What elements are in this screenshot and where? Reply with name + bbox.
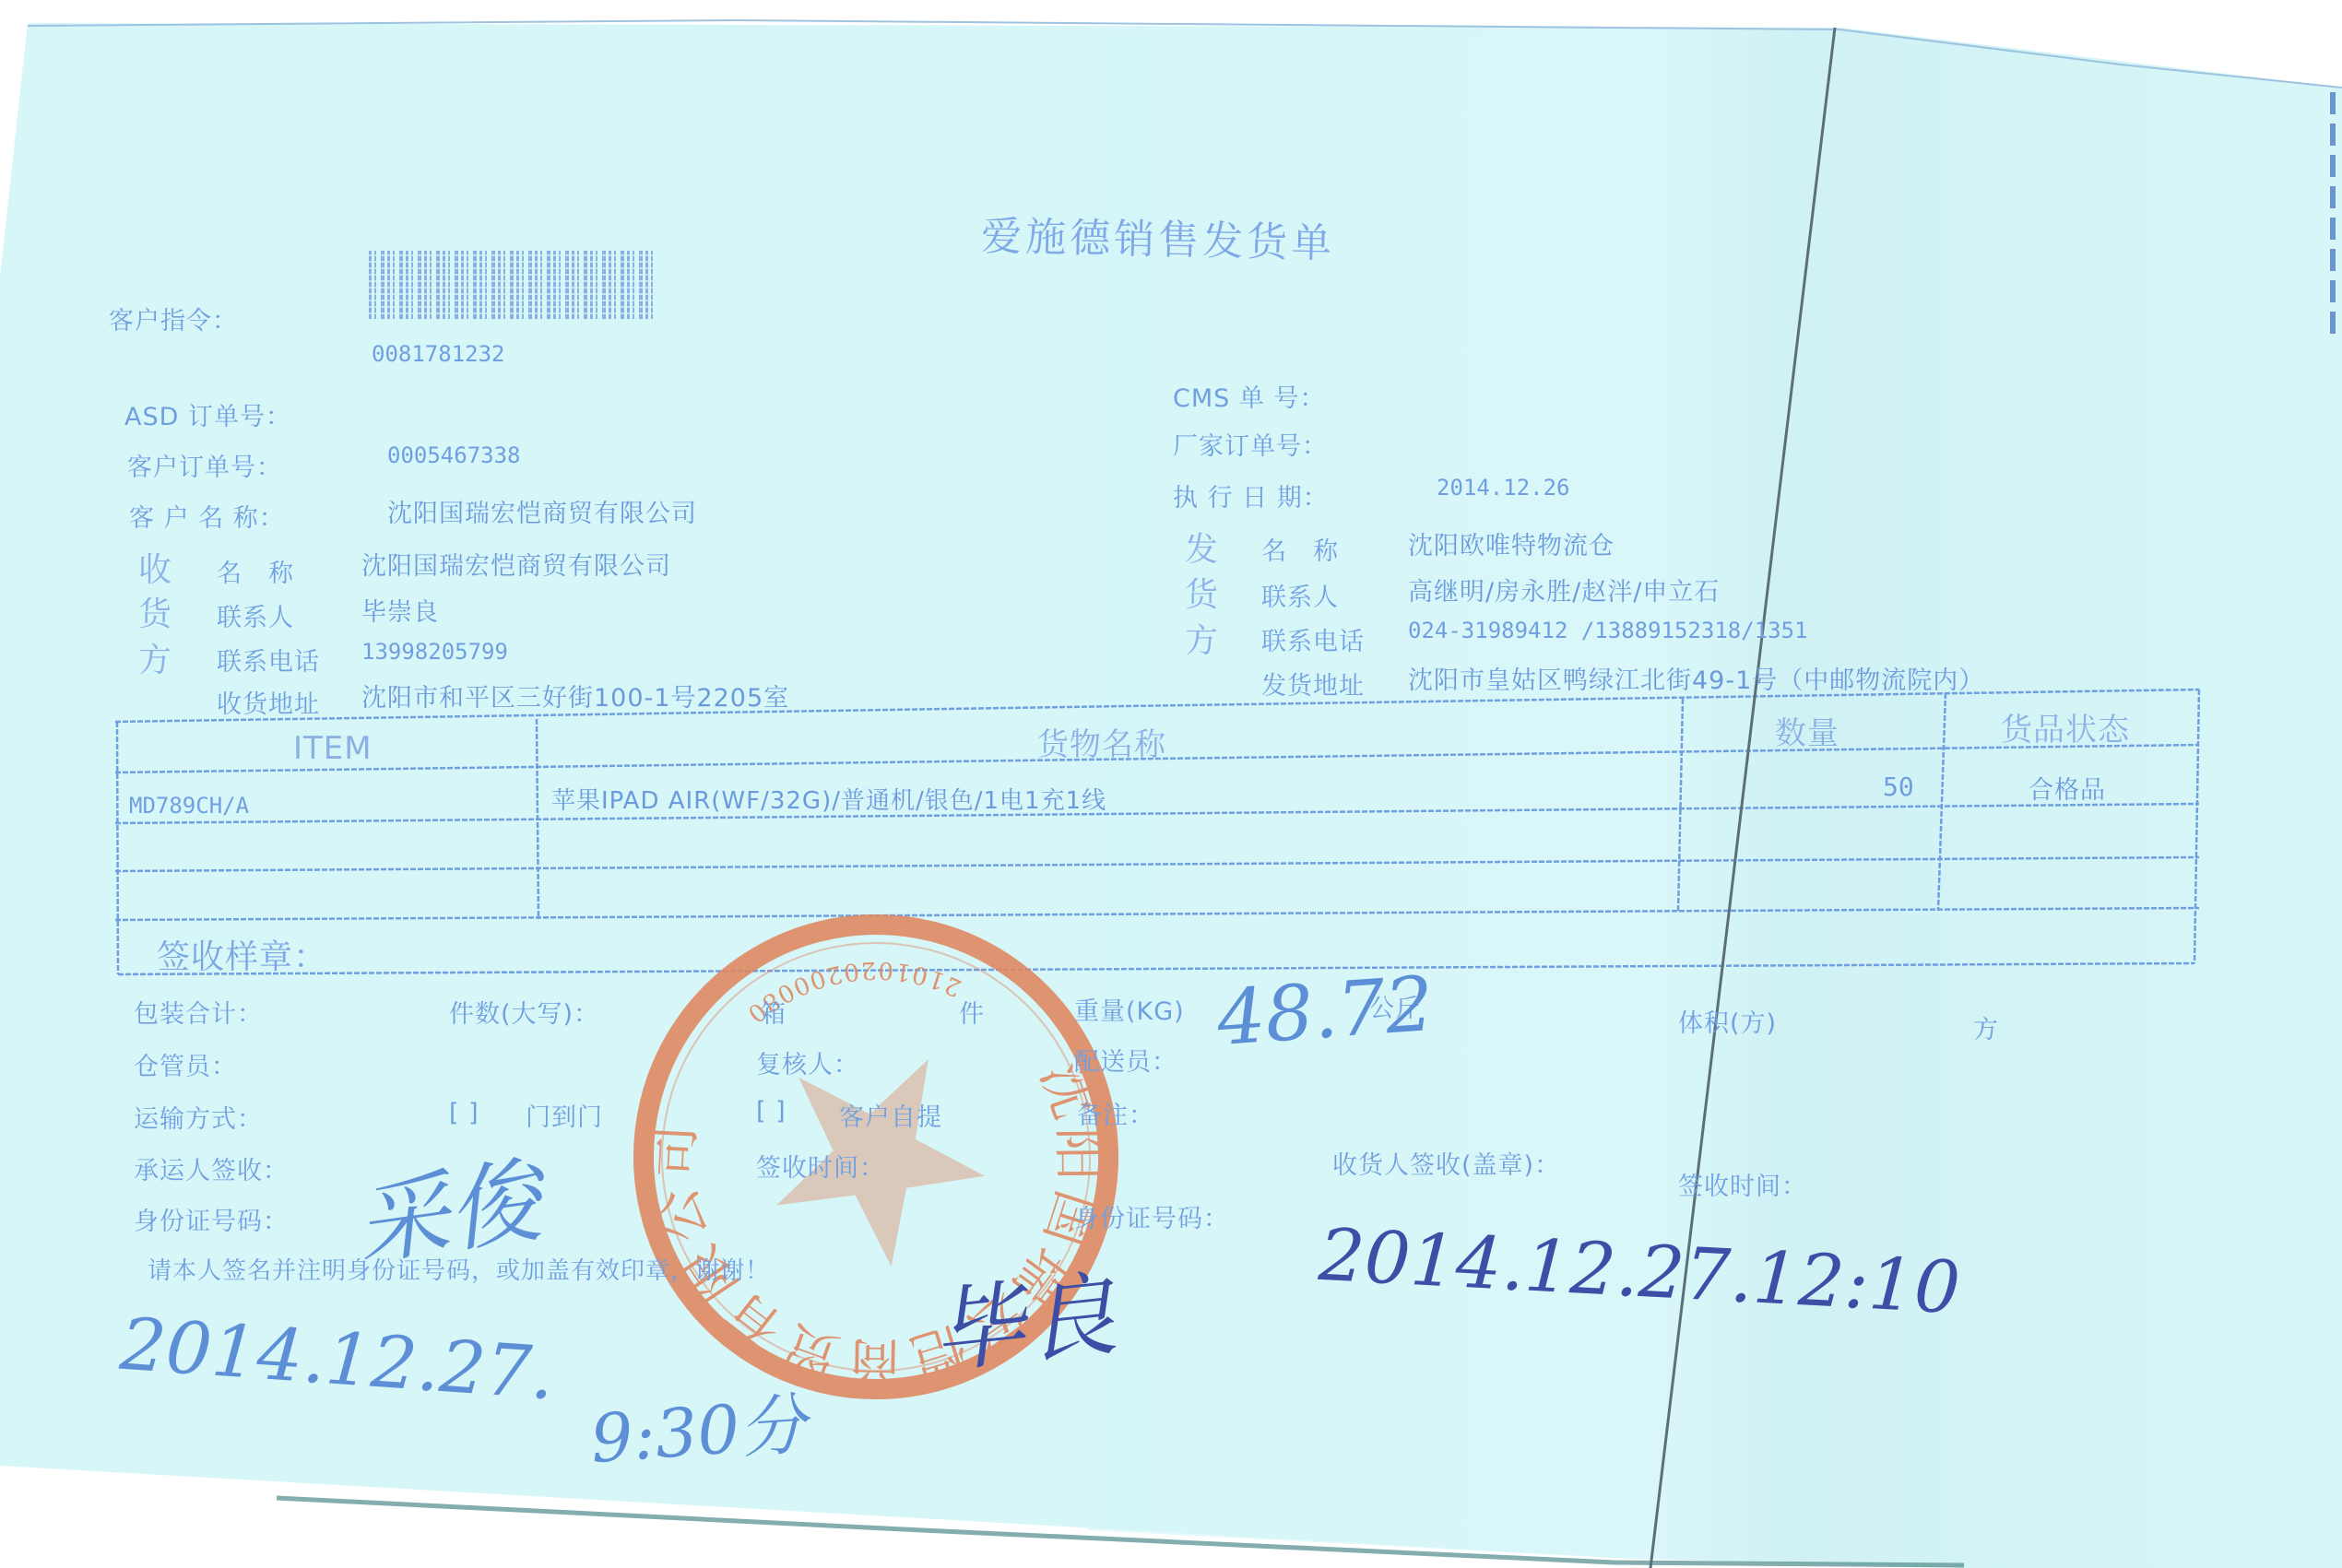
shipper-name-label: 名 称 xyxy=(1261,531,1339,567)
table-header-quantity: 数量 xyxy=(1775,708,1839,753)
door-to-door-checkbox: [ ] xyxy=(449,1099,479,1127)
shipper-address-label: 发货地址 xyxy=(1261,666,1365,701)
customer-pickup-checkbox: [ ] xyxy=(756,1097,787,1126)
customer-name-value: 沈阳国瑞宏恺商贸有限公司 xyxy=(387,493,697,529)
table-cell-item: MD789CH/A xyxy=(129,793,249,819)
customer-order-label: 客户订单号： xyxy=(127,447,282,483)
barcode-number: 0081781232 xyxy=(372,341,505,367)
table-cell-quantity: 50 xyxy=(1883,772,1914,802)
document-title: 爱施德销售发货单 xyxy=(981,203,1336,269)
delivery-person-label: 配送员： xyxy=(1074,1042,1177,1078)
volume-label: 体积(方) xyxy=(1678,1003,1777,1039)
shipper-side-char-1: 发 xyxy=(1185,524,1219,571)
package-total-label: 包装合计： xyxy=(134,994,263,1030)
receiver-sign-label: 收货人签收(盖章)： xyxy=(1332,1145,1560,1181)
transport-method-label: 运输方式： xyxy=(134,1099,263,1135)
customer-order-value: 0005467338 xyxy=(387,442,521,468)
carrier-signature: 采俊 xyxy=(347,1126,548,1283)
shipper-name-value: 沈阳欧唯特物流仓 xyxy=(1408,525,1615,561)
table-header-item: ITEM xyxy=(293,730,373,767)
receiver-signature: 毕良 xyxy=(925,1240,1122,1391)
table-header-goods-status: 货品状态 xyxy=(2001,704,2130,749)
table-header-goods-name: 货物名称 xyxy=(1037,719,1166,764)
handwritten-weight-value: 48.72 xyxy=(1214,961,1437,1063)
receiver-side-char-1: 收 xyxy=(138,544,172,591)
receiver-sign-datetime: 2014.12.27.12:10 xyxy=(1317,1214,1962,1330)
volume-unit: 方 xyxy=(1973,1009,1999,1045)
customer-pickup-label: 客户自提 xyxy=(839,1097,942,1133)
warehouse-keeper-label: 仓管员： xyxy=(134,1046,237,1082)
table-cell-goods-status: 合格品 xyxy=(2029,770,2106,806)
remark-label: 备注： xyxy=(1077,1095,1154,1131)
box-unit: 箱 xyxy=(761,994,787,1030)
cms-number-label: CMS 单 号： xyxy=(1173,378,1325,414)
sign-sample-label: 签收样章： xyxy=(157,931,327,978)
customer-instruction-label: 客户指令： xyxy=(109,301,238,336)
receiver-address-value: 沈阳市和平区三好街100-1号2205室 xyxy=(361,678,789,713)
table-cell-goods-name: 苹果IPAD AIR(WF/32G)/普通机/银色/1电1充1线 xyxy=(551,782,1106,816)
receiver-side-char-2: 货 xyxy=(138,588,172,635)
receiver-name-value: 沈阳国瑞宏恺商贸有限公司 xyxy=(361,546,671,582)
barcode xyxy=(369,251,655,319)
shipper-phone-label: 联系电话 xyxy=(1261,621,1365,657)
carrier-id-number-label: 身份证号码： xyxy=(134,1201,289,1237)
reviewer-label: 复核人： xyxy=(756,1044,859,1080)
receiver-sign-time-label: 签收时间： xyxy=(1678,1166,1807,1202)
receiver-contact-value: 毕崇良 xyxy=(361,592,439,628)
pieces-label: 件数(大写)： xyxy=(449,994,599,1030)
receiver-contact-label: 联系人 xyxy=(217,597,294,633)
exec-date-label: 执 行 日 期： xyxy=(1173,477,1329,513)
exec-date-value: 2014.12.26 xyxy=(1437,475,1570,501)
carrier-sign-label: 承运人签收： xyxy=(134,1150,289,1186)
piece-unit: 件 xyxy=(959,994,985,1030)
customer-name-label: 客 户 名 称： xyxy=(129,498,285,534)
weight-label: 重量(KG) xyxy=(1074,991,1185,1027)
receiver-phone-label: 联系电话 xyxy=(217,642,320,678)
shipper-contact-label: 联系人 xyxy=(1261,577,1339,613)
factory-order-label: 厂家订单号： xyxy=(1173,426,1328,462)
door-to-door-label: 门到门 xyxy=(526,1097,603,1133)
shipper-side-char-3: 方 xyxy=(1185,615,1219,662)
shipper-phone-value: 024-31989412 /13889152318/1351 xyxy=(1408,618,1807,643)
receiver-id-number-label: 身份证号码： xyxy=(1074,1198,1229,1234)
carrier-sign-time: 9:30分 xyxy=(587,1371,809,1481)
document-content: 爱施德销售发货单 客户指令： 0081781232 ASD 订单号： 客户订单号… xyxy=(0,0,2342,1568)
carrier-sign-date: 2014.12.27. xyxy=(117,1303,557,1417)
receiver-name-label: 名 称 xyxy=(217,553,294,589)
shipper-side-char-2: 货 xyxy=(1185,569,1219,616)
receiver-phone-value: 13998205799 xyxy=(361,639,508,665)
asd-order-label: ASD 订单号： xyxy=(124,396,291,432)
receiver-side-char-3: 方 xyxy=(138,634,172,681)
receiver-address-label: 收货地址 xyxy=(217,684,320,720)
sign-time-label: 签收时间： xyxy=(756,1148,885,1184)
shipper-contact-value: 高继明/房永胜/赵泮/申立石 xyxy=(1408,572,1720,607)
shipper-address-value: 沈阳市皇姑区鸭绿江北街49-1号（中邮物流院内） xyxy=(1408,660,1984,696)
